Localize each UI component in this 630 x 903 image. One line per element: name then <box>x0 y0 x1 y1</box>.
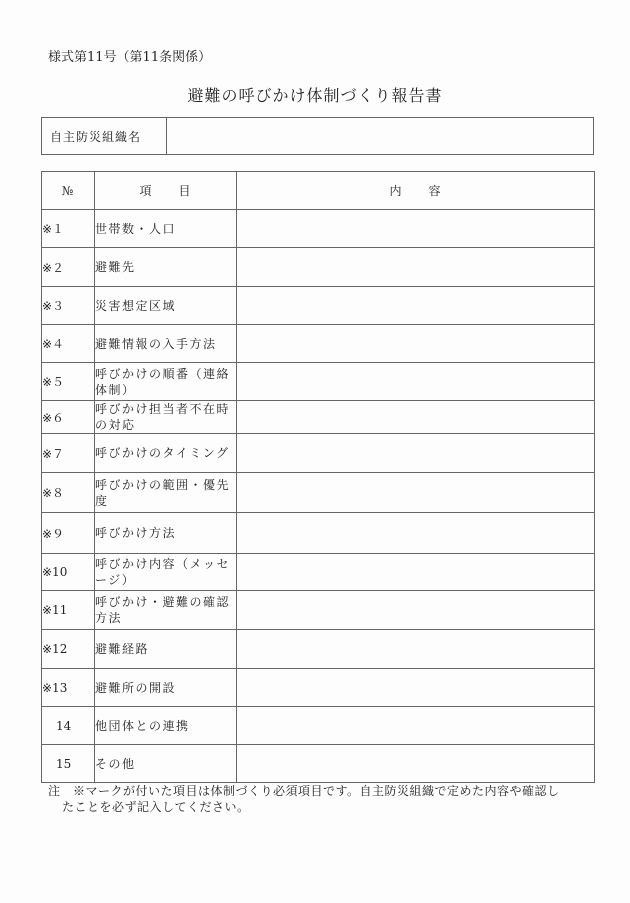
row-number: 15 <box>42 745 95 783</box>
row-content-field[interactable] <box>237 287 595 325</box>
row-item: 避難先 <box>95 248 237 287</box>
row-number: ※１ <box>42 210 95 248</box>
header-content: 内 容 <box>237 172 595 210</box>
row-content-field[interactable] <box>237 513 595 554</box>
row-content-field[interactable] <box>237 325 595 363</box>
row-item: 災害想定区域 <box>95 287 237 325</box>
row-item: 呼びかけ・避難の確認方法 <box>95 591 237 630</box>
table-row: ※１世帯数・人口 <box>42 210 595 248</box>
row-content-field[interactable] <box>237 248 595 287</box>
table-row: ※２避難先 <box>42 248 595 287</box>
footnote-line-2: たことを必ず記入してください。 <box>48 799 598 815</box>
row-item: 呼びかけ方法 <box>95 513 237 554</box>
header-no: № <box>42 172 95 210</box>
table-row: ※４避難情報の入手方法 <box>42 325 595 363</box>
org-name-box: 自主防災組織名 <box>41 117 594 155</box>
org-name-field[interactable] <box>167 118 593 154</box>
table-header-row: № 項 目 内 容 <box>42 172 595 210</box>
row-item: 他団体との連携 <box>95 707 237 745</box>
row-content-field[interactable] <box>237 669 595 707</box>
row-number: ※２ <box>42 248 95 287</box>
row-number: ※３ <box>42 287 95 325</box>
row-content-field[interactable] <box>237 434 595 473</box>
row-item: 避難情報の入手方法 <box>95 325 237 363</box>
row-content-field[interactable] <box>237 745 595 783</box>
table-row: ※12避難経路 <box>42 630 595 669</box>
table-row: ※８呼びかけの範囲・優先度 <box>42 473 595 513</box>
page-title: 避難の呼びかけ体制づくり報告書 <box>0 83 630 106</box>
row-number: ※11 <box>42 591 95 630</box>
row-item: 呼びかけの範囲・優先度 <box>95 473 237 513</box>
table-row: ※５呼びかけの順番（連絡体制） <box>42 363 595 401</box>
row-number: ※８ <box>42 473 95 513</box>
row-number: ※10 <box>42 554 95 591</box>
row-item: 呼びかけ内容（メッセージ） <box>95 554 237 591</box>
table-row: ※13避難所の開設 <box>42 669 595 707</box>
table-row: 15その他 <box>42 745 595 783</box>
row-content-field[interactable] <box>237 401 595 434</box>
row-content-field[interactable] <box>237 210 595 248</box>
row-item: 世帯数・人口 <box>95 210 237 248</box>
row-content-field[interactable] <box>237 473 595 513</box>
row-content-field[interactable] <box>237 630 595 669</box>
footnote: 注 ※マークが付いた項目は体制づくり必須項目です。自主防災組織で定めた内容や確認… <box>48 783 598 815</box>
header-item: 項 目 <box>95 172 237 210</box>
table-row: ※６呼びかけ担当者不在時の対応 <box>42 401 595 434</box>
row-content-field[interactable] <box>237 707 595 745</box>
table-row: ※３災害想定区域 <box>42 287 595 325</box>
row-number: ※４ <box>42 325 95 363</box>
table-row: ※７呼びかけのタイミング <box>42 434 595 473</box>
row-number: ※５ <box>42 363 95 401</box>
row-number: ※７ <box>42 434 95 473</box>
row-number: 14 <box>42 707 95 745</box>
row-item: 呼びかけの順番（連絡体制） <box>95 363 237 401</box>
row-item: 呼びかけ担当者不在時の対応 <box>95 401 237 434</box>
row-number: ※６ <box>42 401 95 434</box>
row-number: ※12 <box>42 630 95 669</box>
table-row: ※10呼びかけ内容（メッセージ） <box>42 554 595 591</box>
report-table: № 項 目 内 容 ※１世帯数・人口※２避難先※３災害想定区域※４避難情報の入手… <box>41 171 595 783</box>
footnote-line-1: 注 ※マークが付いた項目は体制づくり必須項目です。自主防災組織で定めた内容や確認… <box>48 784 560 798</box>
row-item: 避難経路 <box>95 630 237 669</box>
row-content-field[interactable] <box>237 554 595 591</box>
row-content-field[interactable] <box>237 363 595 401</box>
org-name-label: 自主防災組織名 <box>42 118 167 154</box>
form-number: 様式第11号（第11条関係） <box>48 46 211 65</box>
table-row: 14他団体との連携 <box>42 707 595 745</box>
row-item: 避難所の開設 <box>95 669 237 707</box>
row-number: ※13 <box>42 669 95 707</box>
row-item: 呼びかけのタイミング <box>95 434 237 473</box>
table-row: ※９呼びかけ方法 <box>42 513 595 554</box>
row-content-field[interactable] <box>237 591 595 630</box>
row-number: ※９ <box>42 513 95 554</box>
row-item: その他 <box>95 745 237 783</box>
table-row: ※11呼びかけ・避難の確認方法 <box>42 591 595 630</box>
